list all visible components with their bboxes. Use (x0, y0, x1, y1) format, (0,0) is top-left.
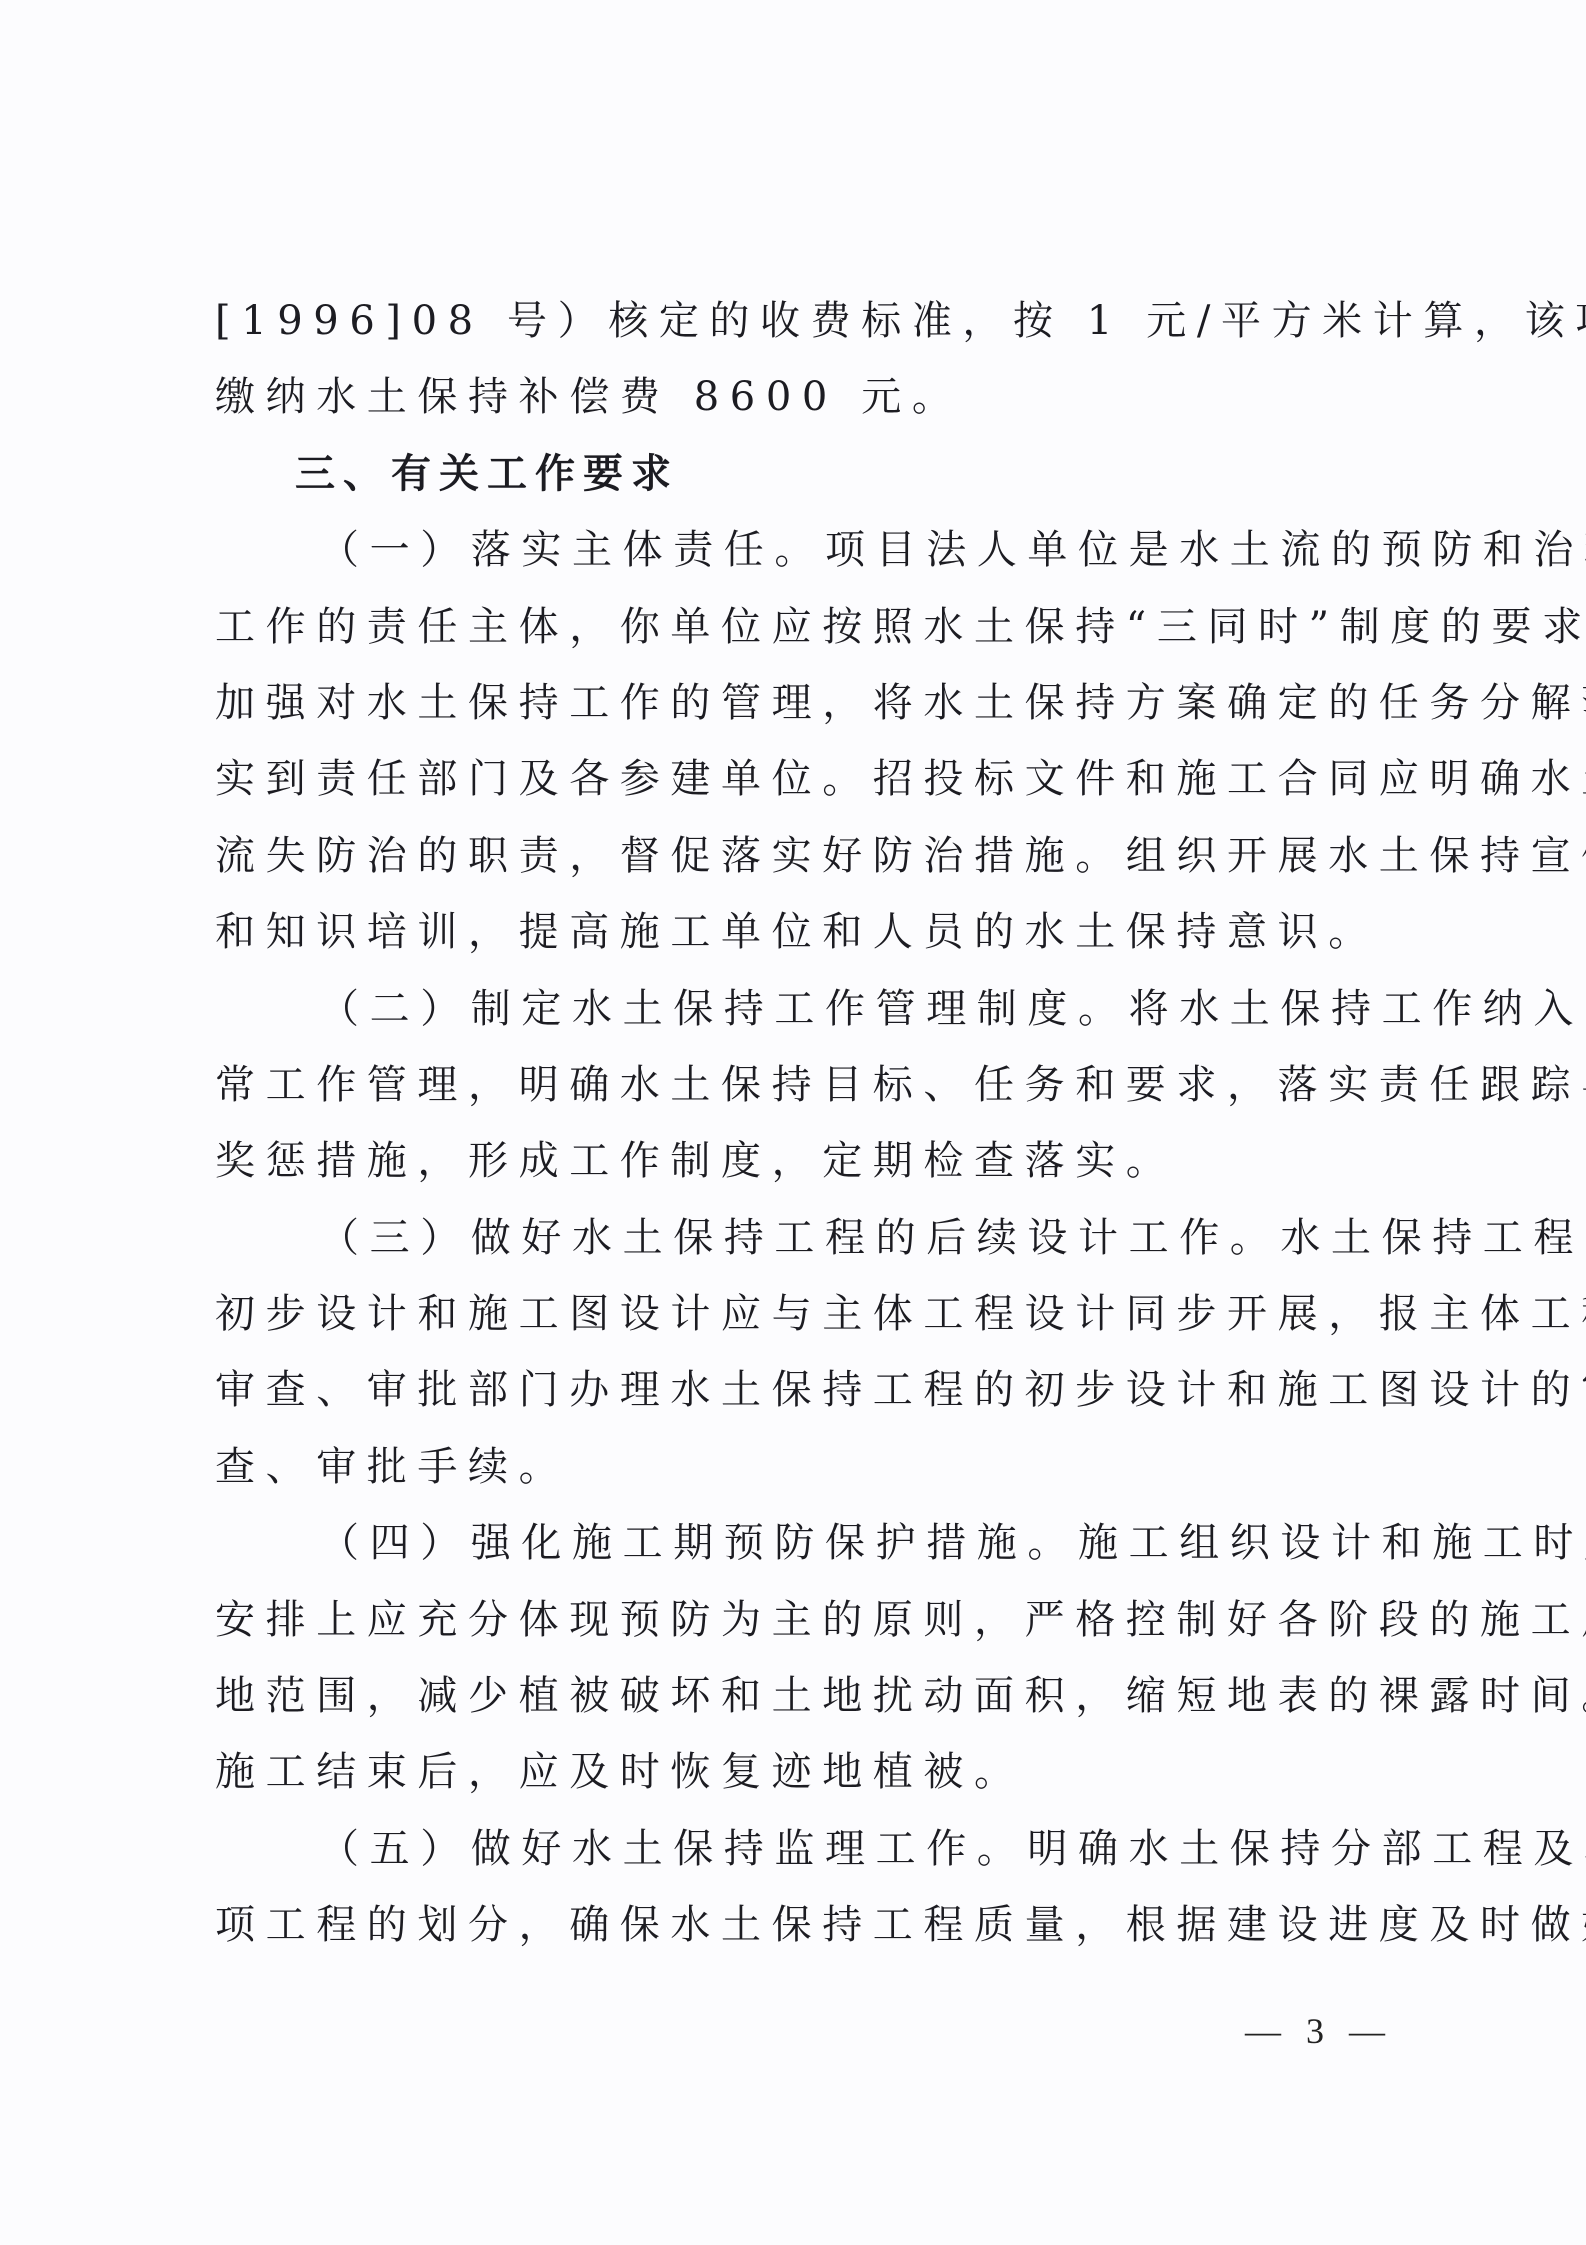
paragraph-line: 工作的责任主体，你单位应按照水土保持“三同时”制度的要求， (215, 589, 1375, 665)
section-heading: 三、有关工作要求 (215, 436, 1375, 512)
document-page: [1996]08 号）核定的收费标准，按 1 元/平方米计算，该项目需 缴纳水土… (0, 0, 1586, 2245)
paragraph-line: （四）强化施工期预防保护措施。施工组织设计和施工时序 (215, 1505, 1375, 1581)
paragraph-line: （一）落实主体责任。项目法人单位是水土流的预防和治理 (215, 512, 1375, 588)
paragraph-line: 安排上应充分体现预防为主的原则，严格控制好各阶段的施工用 (215, 1582, 1375, 1658)
paragraph-line: 常工作管理，明确水土保持目标、任务和要求，落实责任跟踪与 (215, 1047, 1375, 1123)
paragraph-line: 缴纳水土保持补偿费 8600 元。 (215, 359, 1375, 435)
page-number: — 3 — (1245, 2010, 1393, 2052)
paragraph-line: （五）做好水土保持监理工作。明确水土保持分部工程及单 (215, 1811, 1375, 1887)
paragraph-line: 流失防治的职责，督促落实好防治措施。组织开展水土保持宣传 (215, 818, 1375, 894)
paragraph-line: 实到责任部门及各参建单位。招投标文件和施工合同应明确水土 (215, 741, 1375, 817)
paragraph-line: 审查、审批部门办理水土保持工程的初步设计和施工图设计的审 (215, 1352, 1375, 1428)
paragraph-line: （二）制定水土保持工作管理制度。将水土保持工作纳入日 (215, 971, 1375, 1047)
paragraph-line: 地范围，减少植被破坏和土地扰动面积，缩短地表的裸露时间。 (215, 1658, 1375, 1734)
paragraph-line: 奖惩措施，形成工作制度，定期检查落实。 (215, 1123, 1375, 1199)
paragraph-line: 和知识培训，提高施工单位和人员的水土保持意识。 (215, 894, 1375, 970)
paragraph-line: （三）做好水土保持工程的后续设计工作。水土保持工程的 (215, 1200, 1375, 1276)
paragraph-line: 初步设计和施工图设计应与主体工程设计同步开展，报主体工程 (215, 1276, 1375, 1352)
paragraph-line: 查、审批手续。 (215, 1429, 1375, 1505)
paragraph-line: 施工结束后，应及时恢复迹地植被。 (215, 1734, 1375, 1810)
body-text: [1996]08 号）核定的收费标准，按 1 元/平方米计算，该项目需 缴纳水土… (215, 283, 1375, 1964)
paragraph-line: 加强对水土保持工作的管理，将水土保持方案确定的任务分解落 (215, 665, 1375, 741)
paragraph-line: [1996]08 号）核定的收费标准，按 1 元/平方米计算，该项目需 (215, 283, 1375, 359)
paragraph-line: 项工程的划分，确保水土保持工程质量，根据建设进度及时做好 (215, 1887, 1375, 1963)
